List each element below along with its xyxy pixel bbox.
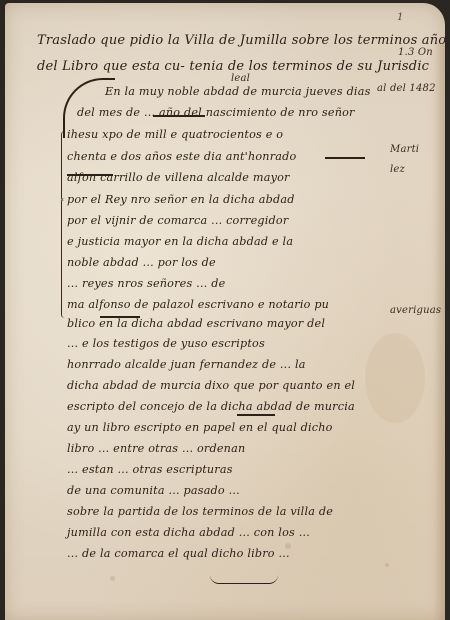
body-line-21: sobre la partida de los terminos de la v… [67, 505, 333, 518]
strikethrough [100, 316, 140, 318]
body-line-16: escripto del concejo de la dicha abdad d… [67, 400, 355, 413]
strikethrough [153, 115, 205, 117]
body-line-14: honrrado alcalde juan fernandez de ... l… [67, 358, 306, 371]
body-line-10: ... reyes nros señores ... de [67, 277, 225, 290]
margin-note-above-body: leal [231, 73, 250, 84]
body-line-17: ay un libro escripto en papel en el qual… [67, 421, 333, 434]
body-line-20: de una comunita ... pasado ... [67, 484, 240, 497]
body-line-8: e justicia mayor en la dicha abdad e la [67, 235, 293, 248]
body-line-5: alfon carrillo de villena alcalde mayor [67, 171, 290, 184]
body-line-7: por el vijnir de comarca ... corregidor [67, 214, 288, 227]
body-line-6: por el Rey nro señor en la dicha abdad [67, 193, 295, 206]
margin-note-year: al del 1482 [377, 83, 436, 94]
body-line-22: jumilla con esta dicha abdad ... con los… [67, 526, 310, 539]
strikethrough [325, 157, 365, 159]
body-line-4: chenta e dos años este dia ant'honrado [67, 150, 296, 163]
page-number: 1 [397, 12, 404, 23]
body-line-13: ... e los testigos de yuso escriptos [67, 337, 265, 350]
body-line-9: noble abdad ... por los de [67, 256, 216, 269]
stain-spot [110, 576, 115, 581]
strikethrough [67, 174, 113, 176]
heading-line-2: del Libro que esta cu- tenia de los term… [37, 59, 429, 74]
paragraph-brace [61, 131, 68, 201]
heading-line-1: Traslado que pidio la Villa de Jumilla s… [37, 33, 446, 48]
body-line-11: ma alfonso de palazol escrivano e notari… [67, 298, 329, 311]
body-line-23: ... de la comarca el qual dicho libro ..… [67, 547, 290, 560]
body-line-1: En la muy noble abdad de murcia jueves d… [105, 85, 371, 98]
stain-spot [385, 563, 389, 567]
manuscript-page: 1 Traslado que pidio la Villa de Jumilla… [5, 3, 445, 620]
body-line-18: libro ... entre otras ... ordenan [67, 442, 245, 455]
body-line-15: dicha abdad de murcia dixo que por quant… [67, 379, 355, 392]
body-line-19: ... estan ... otras escripturas [67, 463, 233, 476]
margin-note-name: Marti lez [390, 140, 430, 180]
stain-area [365, 333, 425, 423]
closing-flourish [210, 575, 278, 584]
strikethrough [237, 414, 275, 416]
page-edge-shadow [433, 43, 445, 620]
margin-note-year-top: 1.3 On [398, 47, 433, 58]
body-line-2: del mes de ... año del nascimiento de nr… [77, 106, 355, 119]
body-line-12: blico en la dicha abdad escrivano mayor … [67, 317, 325, 330]
margin-note-lower: averiguas [390, 305, 441, 316]
body-line-3: ihesu xpo de mill e quatrocientos e o [67, 128, 283, 141]
